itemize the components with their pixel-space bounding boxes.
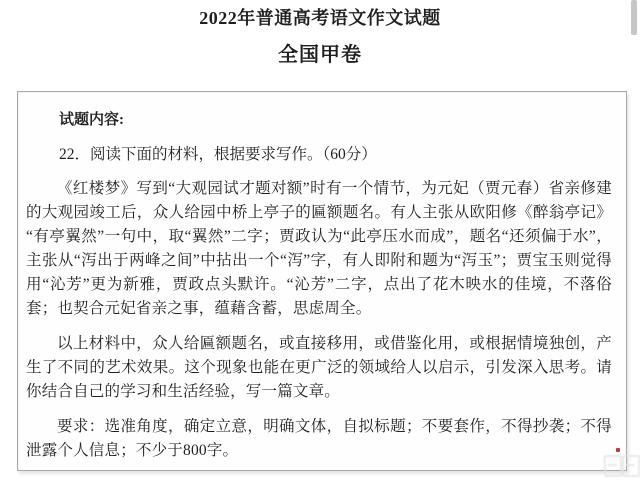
- document-page: 2022年普通高考语文作文试题 全国甲卷 试题内容: 22．阅读下面的材料，根据…: [0, 6, 640, 68]
- page-subtitle: 全国甲卷: [0, 42, 640, 68]
- page-title: 2022年普通高考语文作文试题: [0, 6, 640, 30]
- instruction-paragraph: 以上材料中，众人给匾额题名，或直接移用，或借鉴化用，或根据情境独创，产生了不同的…: [26, 332, 612, 404]
- question-box: 试题内容: 22．阅读下面的材料，根据要求写作。（60分） 《红楼梦》写到“大观…: [17, 91, 627, 471]
- scrollbar-thumb[interactable]: [631, 0, 637, 35]
- material-paragraph: 《红楼梦》写到“大观园试才题对额”时有一个情节，为元妃（贾元春）省亲修建的大观园…: [26, 177, 612, 321]
- question-prompt: 22．阅读下面的材料，根据要求写作。（60分）: [59, 144, 612, 166]
- requirements-paragraph: 要求：选准角度，确定立意，明确文体，自拟标题；不要套作，不得抄袭；不得泄露个人信…: [26, 415, 612, 463]
- section-label: 试题内容:: [59, 109, 612, 131]
